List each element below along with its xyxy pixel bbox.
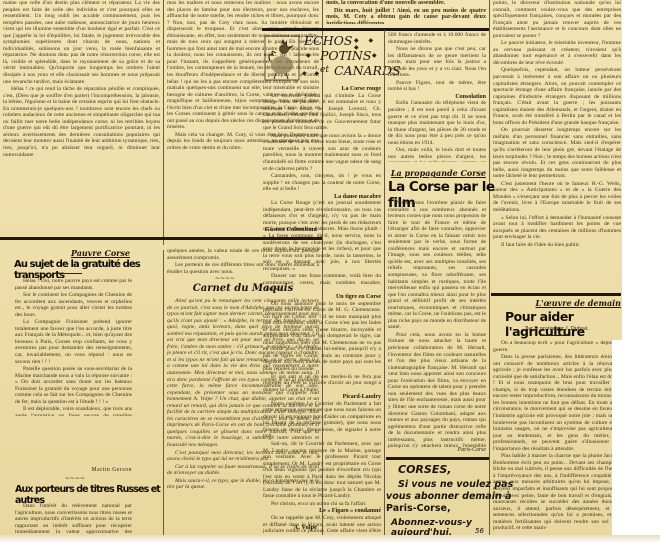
section-rule bbox=[386, 457, 489, 460]
carnet-signature: A. Volpe bbox=[167, 524, 317, 531]
echos-title-1: ÉCHOS bbox=[304, 33, 352, 48]
section-rule bbox=[262, 28, 489, 31]
column-divider bbox=[163, 0, 164, 245]
page-mark: 56 bbox=[475, 527, 484, 535]
article-continuation-col1: maine que celle d'un destin plus clément… bbox=[3, 0, 160, 233]
agriculture-headline: Pour aider l'agriculture bbox=[505, 309, 635, 339]
agriculture-byline: Par le professeur J. Dubost. bbox=[493, 326, 621, 332]
carnet-headline: Carnet du Maquis bbox=[167, 283, 319, 294]
column-divider bbox=[384, 30, 385, 535]
headline-rule bbox=[58, 273, 82, 274]
film-article-body: Nous avons l'extrême plaisir de faire co… bbox=[388, 200, 486, 448]
transports-article-body: Hélas ! Oui, notre pauvre pays est comme… bbox=[15, 278, 132, 416]
agriculture-kicker: L'œuvre de demain bbox=[493, 298, 621, 308]
article-continuation-col5: points, le directeur d'institution natio… bbox=[493, 0, 621, 292]
echos-title-2: POTINS bbox=[320, 48, 371, 63]
page-bottom-edge bbox=[0, 535, 660, 543]
byline-rule bbox=[540, 335, 570, 336]
ornament-diamond: ◆ bbox=[372, 52, 377, 59]
ornament-separator: ~~~~ bbox=[55, 475, 95, 482]
coty-conclusion: mois, la convocation d'une nouvelle asse… bbox=[326, 0, 486, 24]
subscribe-line-1: CORSES, bbox=[398, 463, 451, 476]
russes-article-body: Dans l'intérêt du relèvement national pa… bbox=[15, 503, 132, 535]
ornament-diamond: ◆ bbox=[306, 52, 311, 59]
rooster-illustration-icon bbox=[264, 35, 300, 81]
figaro-consolation-column: 500 francs d'amende et à 10.000 francs d… bbox=[388, 32, 486, 162]
subscribe-line-4: Paris-Corse, bbox=[386, 503, 451, 514]
torn-edge bbox=[612, 340, 660, 543]
section-rule bbox=[491, 293, 621, 296]
film-kicker: La propagande Corse bbox=[388, 168, 486, 178]
ornament-separator: ~~~~ bbox=[205, 275, 245, 282]
transports-signature: Martin Gerson bbox=[15, 467, 132, 473]
echos-title-et: et bbox=[320, 65, 329, 75]
film-signature: Paris-Corse bbox=[388, 447, 486, 453]
carnet-article-body: Ainsi qu'ont pu le remarquer les cent ci… bbox=[167, 298, 319, 520]
newspaper-page: maine que celle d'un destin plus clément… bbox=[0, 0, 660, 543]
echos-header: ÉCHOS ◆ ◆ ◆ ◆ POTINS ◆ ◆ ◆ et CANARDS bbox=[262, 33, 382, 86]
russes-continuation: quelques années, la valeur totale de ces… bbox=[167, 248, 319, 274]
agriculture-article-body: On a beaucoup écrit « pour l'agriculture… bbox=[493, 340, 621, 533]
transports-kicker: Pauvre Corse bbox=[3, 248, 130, 258]
column-divider bbox=[489, 0, 490, 535]
